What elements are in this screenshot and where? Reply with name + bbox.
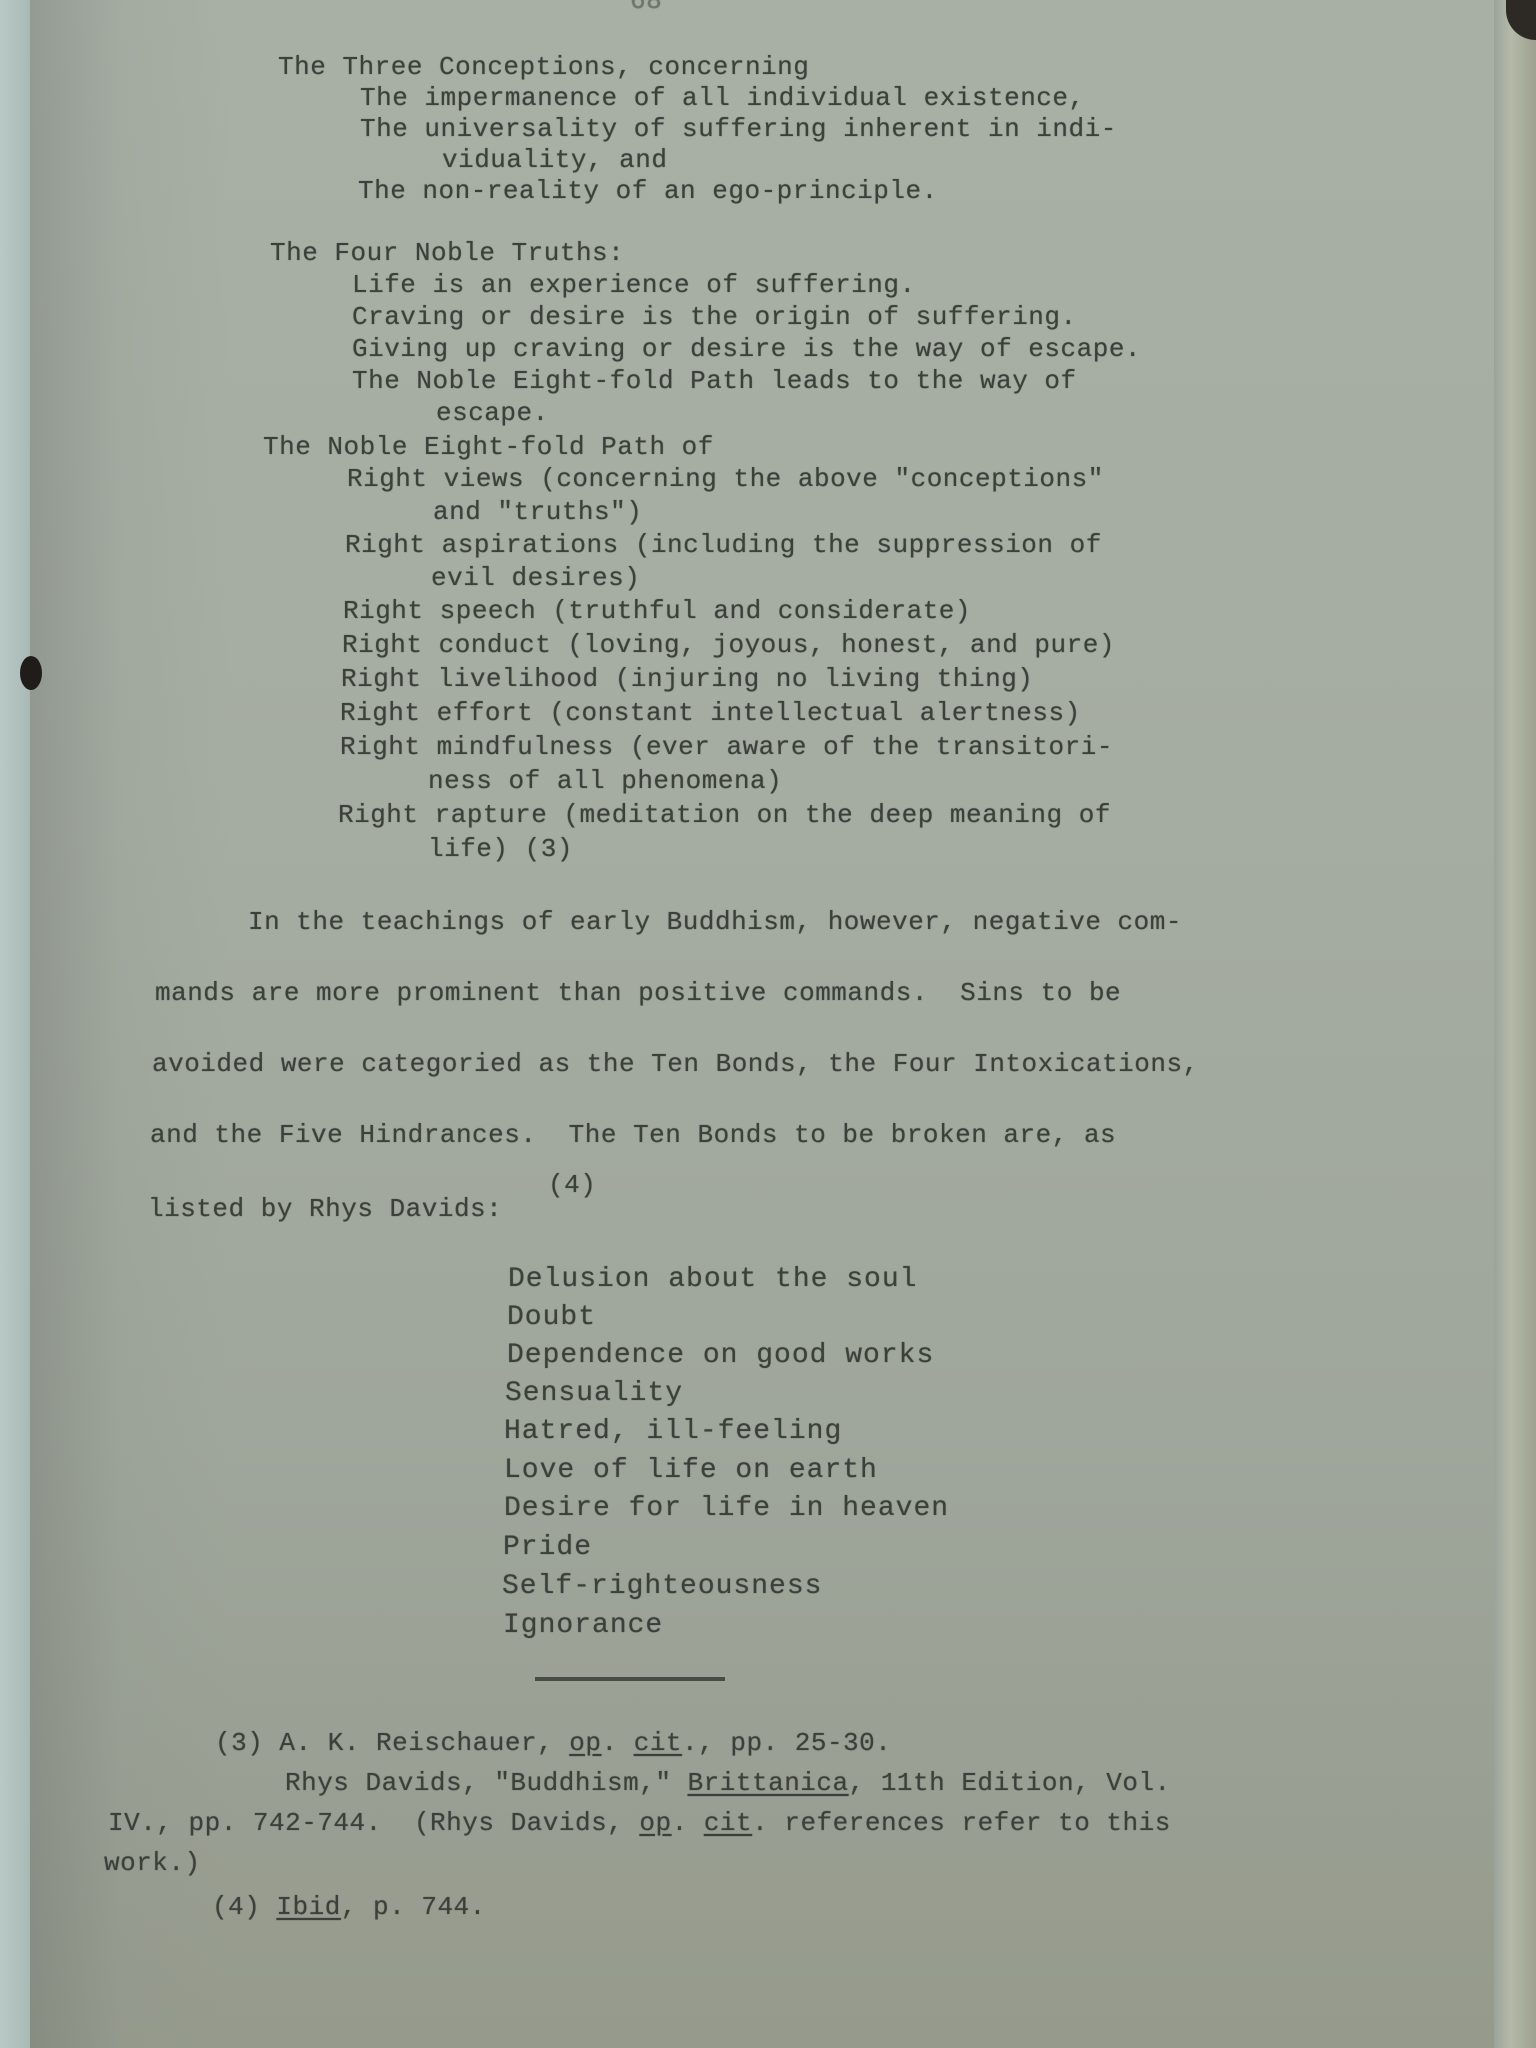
conception-line: The universality of suffering inherent i… bbox=[360, 114, 1117, 144]
footnote-text: ., pp. 25-30. bbox=[682, 1728, 891, 1758]
path-line: Right effort (constant intellectual aler… bbox=[340, 698, 1081, 728]
underlined-term: Ibid bbox=[276, 1892, 340, 1922]
footnote-text: . references refer to this bbox=[752, 1808, 1171, 1838]
truth-line: Life is an experience of suffering. bbox=[352, 270, 916, 300]
paragraph-line: listed by Rhys Davids: bbox=[148, 1194, 502, 1224]
path-line: Right conduct (loving, joyous, honest, a… bbox=[342, 630, 1115, 660]
path-line: ness of all phenomena) bbox=[428, 766, 782, 796]
shadow-corner bbox=[1506, 0, 1536, 40]
truth-line: Giving up craving or desire is the way o… bbox=[352, 334, 1141, 364]
bond-item: Pride bbox=[503, 1533, 592, 1563]
four-noble-truths-heading: The Four Noble Truths: bbox=[270, 238, 624, 268]
path-line: life) (3) bbox=[428, 834, 573, 864]
path-line: Right speech (truthful and considerate) bbox=[343, 596, 971, 626]
path-line: evil desires) bbox=[431, 563, 640, 593]
path-line: Right views (concerning the above "conce… bbox=[347, 464, 1104, 494]
footnote-number: (3) bbox=[215, 1728, 263, 1758]
footnote-4: (4) Ibid, p. 744. bbox=[212, 1892, 486, 1922]
underlined-term: op bbox=[569, 1728, 601, 1758]
bond-item: Dependence on good works bbox=[507, 1341, 934, 1371]
footnote-text: . bbox=[672, 1808, 704, 1838]
bond-item: Hatred, ill-feeling bbox=[504, 1417, 842, 1447]
bond-item: Self-righteousness bbox=[502, 1572, 822, 1602]
paragraph-line: and the Five Hindrances. The Ten Bonds t… bbox=[150, 1120, 1116, 1150]
conception-line: The impermanence of all individual exist… bbox=[360, 83, 1085, 113]
bond-item: Sensuality bbox=[505, 1379, 683, 1409]
bond-item: Delusion about the soul bbox=[508, 1265, 917, 1295]
bond-item: Desire for life in heaven bbox=[504, 1494, 949, 1524]
footnote-text: A. K. Reischauer, bbox=[279, 1728, 569, 1758]
footnote-text: , p. 744. bbox=[341, 1892, 486, 1922]
footnote-reference: (4) bbox=[548, 1170, 596, 1200]
paragraph-line: avoided were categoried as the Ten Bonds… bbox=[152, 1049, 1199, 1079]
bond-item: Doubt bbox=[507, 1303, 596, 1333]
underlined-term: op bbox=[639, 1808, 671, 1838]
binder-hole bbox=[20, 656, 42, 690]
path-line: Right rapture (meditation on the deep me… bbox=[338, 800, 1111, 830]
truth-line: escape. bbox=[436, 398, 549, 428]
footnote-text: Rhys Davids, "Buddhism," bbox=[285, 1768, 688, 1798]
footnote-3-line-4: work.) bbox=[104, 1848, 201, 1878]
paragraph-line: mands are more prominent than positive c… bbox=[155, 978, 1121, 1008]
footnote-text: , 11th Edition, Vol. bbox=[849, 1768, 1171, 1798]
eightfold-path-heading: The Noble Eight-fold Path of bbox=[263, 432, 714, 462]
path-line: Right livelihood (injuring no living thi… bbox=[341, 664, 1033, 694]
footnote-text: . bbox=[602, 1728, 634, 1758]
footnote-3-line-3: IV., pp. 742-744. (Rhys Davids, op. cit.… bbox=[108, 1808, 1171, 1838]
footnote-3: (3) A. K. Reischauer, op. cit., pp. 25-3… bbox=[215, 1728, 891, 1758]
underlined-term: cit bbox=[634, 1728, 682, 1758]
footnote-3-line-2: Rhys Davids, "Buddhism," Brittanica, 11t… bbox=[285, 1768, 1171, 1798]
truth-line: Craving or desire is the origin of suffe… bbox=[352, 302, 1077, 332]
bond-item: Ignorance bbox=[503, 1611, 663, 1641]
truth-line: The Noble Eight-fold Path leads to the w… bbox=[352, 366, 1077, 396]
path-line: Right aspirations (including the suppres… bbox=[345, 530, 1102, 560]
conception-line: viduality, and bbox=[442, 145, 667, 175]
footnote-number: (4) bbox=[212, 1892, 276, 1922]
bond-item: Love of life on earth bbox=[504, 1456, 878, 1486]
three-conceptions-heading: The Three Conceptions, concerning bbox=[278, 52, 809, 82]
page-number: 68 bbox=[630, 0, 662, 16]
path-line: Right mindfulness (ever aware of the tra… bbox=[340, 732, 1113, 762]
paragraph-line: In the teachings of early Buddhism, howe… bbox=[248, 907, 1182, 937]
footnote-separator bbox=[535, 1677, 725, 1681]
path-line: and "truths") bbox=[433, 497, 642, 527]
conception-line: The non-reality of an ego-principle. bbox=[358, 176, 938, 206]
underlined-title: Brittanica bbox=[688, 1768, 849, 1798]
page-stack-edge bbox=[1494, 0, 1536, 2048]
footnote-text: IV., pp. 742-744. (Rhys Davids, bbox=[108, 1808, 639, 1838]
underlined-term: cit bbox=[704, 1808, 752, 1838]
